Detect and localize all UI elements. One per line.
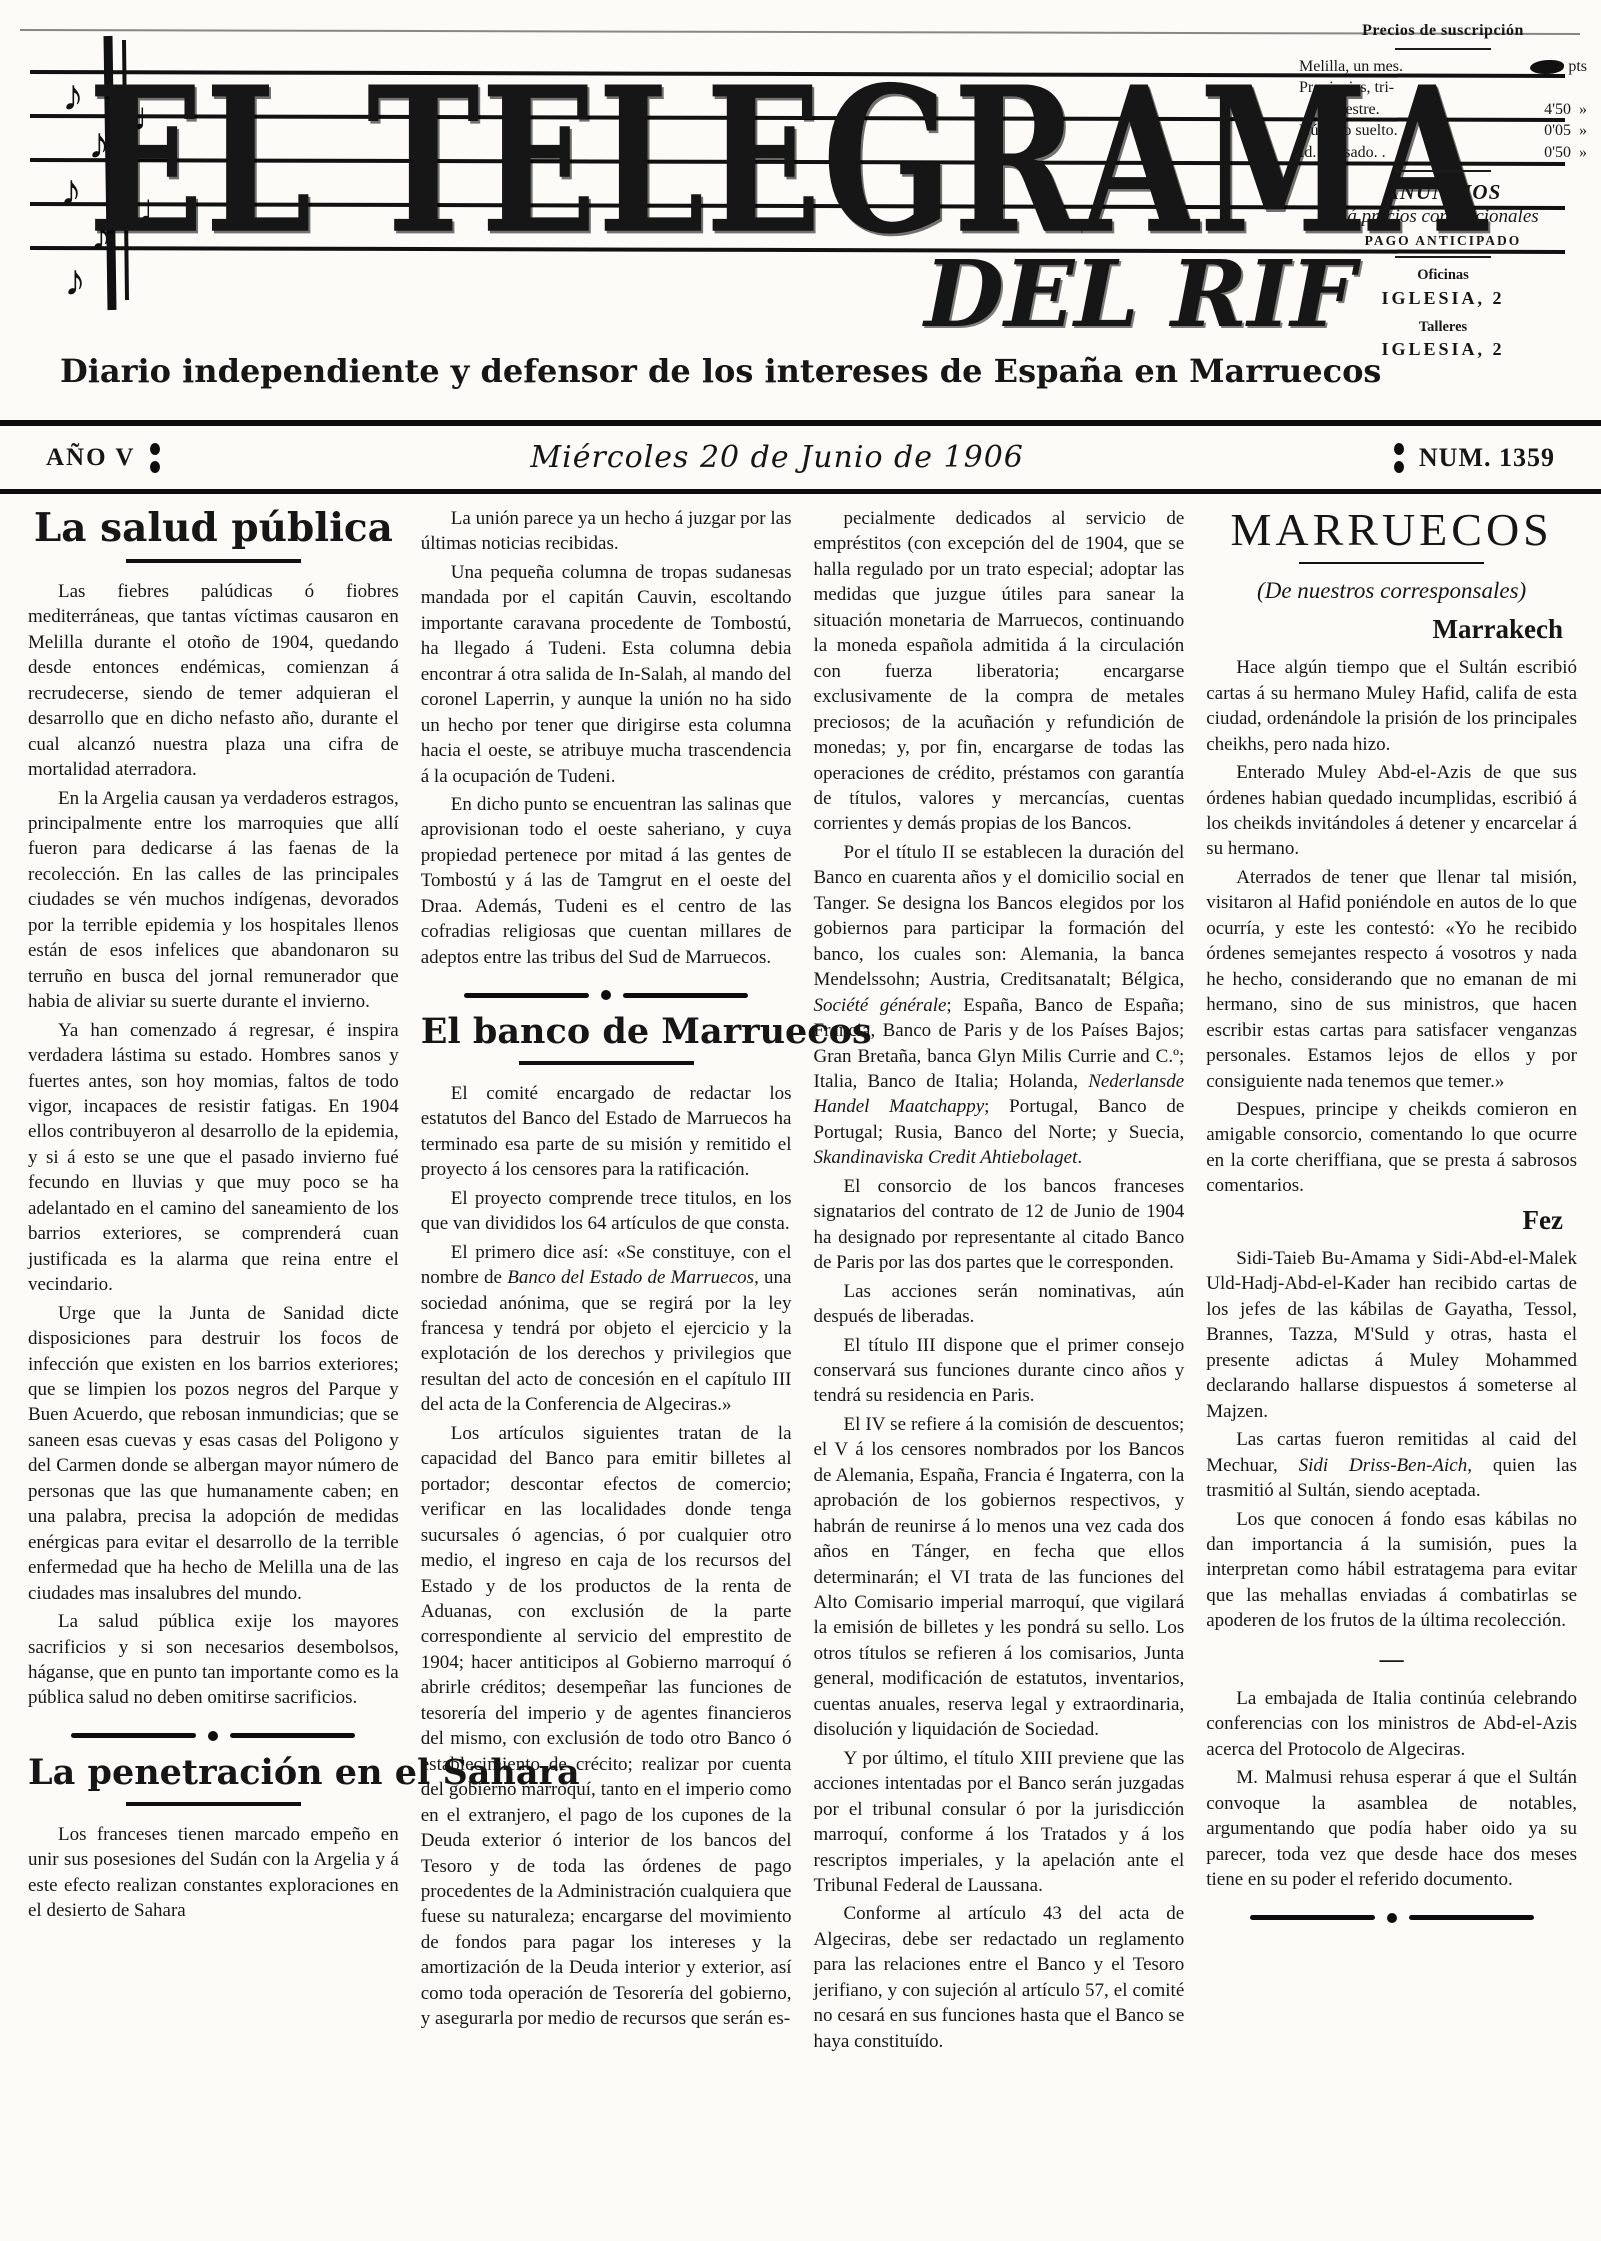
- paragraph: Y por último, el título XIII previene qu…: [814, 1746, 1185, 1899]
- paragraph: Una pequeña columna de tropas sudanesas …: [421, 560, 792, 789]
- year-label: AÑO V: [46, 444, 135, 472]
- column-1: La salud públicaLas fiebres palúdicas ó …: [28, 506, 399, 2241]
- subhead-marrakech: Marrakech: [1206, 611, 1577, 647]
- paragraph: pecialmente dedicados al servicio de emp…: [814, 506, 1185, 837]
- paragraph: Las fiebres palúdicas ó fiobres mediterr…: [28, 579, 399, 783]
- byline-corresponsales: (De nuestros corresponsales): [1206, 576, 1577, 607]
- ornament-mark: [149, 443, 161, 473]
- paragraph: El IV se refiere á la comisión de descue…: [814, 1412, 1185, 1743]
- divider-rule: [1395, 170, 1491, 172]
- ornament-dot: [208, 1731, 218, 1741]
- price-label: Melilla, un mes.: [1299, 56, 1403, 78]
- issue-number: NUM. 1359: [1419, 443, 1555, 473]
- subhead-fez: Fez: [1206, 1202, 1577, 1238]
- paragraph: Por el título II se establecen la duraci…: [814, 840, 1185, 1171]
- column-4: MARRUECOS(De nuestros corresponsales)Mar…: [1206, 506, 1577, 2241]
- paragraph: Los artículos siguientes tratan de la ca…: [421, 1421, 792, 2032]
- paragraph: En la Argelia causan ya verdaderos estra…: [28, 786, 399, 1015]
- paragraph: Los franceses tienen marcado empeño en u…: [28, 1822, 399, 1924]
- paragraph: Los que conocen á fondo esas kábilas no …: [1206, 1507, 1577, 1634]
- headline-el-banco: El banco de Marruecos: [421, 1014, 792, 1065]
- paragraph: La embajada de Italia continúa celebrand…: [1206, 1686, 1577, 1762]
- subscription-line-melilla: Melilla, un mes. pts: [1293, 56, 1593, 78]
- paragraph: En dicho punto se encuentran las salinas…: [421, 792, 792, 970]
- svg-text:♪: ♪: [60, 166, 82, 215]
- divider-rule: [1395, 48, 1491, 50]
- anuncios-text: á precios convencionales: [1328, 206, 1558, 228]
- subscription-box: Precios de suscripción Melilla, un mes. …: [1293, 20, 1593, 362]
- price-unit: pts: [1568, 58, 1587, 75]
- paragraph: Despues, principe y cheikds comieron en …: [1206, 1097, 1577, 1199]
- paragraph: Las acciones serán nominativas, aún desp…: [814, 1279, 1185, 1330]
- dateline: AÑO V Miércoles 20 de Junio de 1906 NUM.…: [0, 420, 1601, 494]
- paragraph: Urge que la Junta de Sanidad dicte dispo…: [28, 1301, 399, 1606]
- heading-rule: [126, 1802, 301, 1806]
- ornament-mark: [1393, 443, 1405, 473]
- talleres-address: IGLESIA, 2: [1293, 337, 1593, 361]
- heading-rule: [1299, 562, 1484, 564]
- article-divider-ornament: [28, 1731, 399, 1741]
- price-value: pts: [1526, 56, 1587, 78]
- headline-la-penetracion: La penetración en el Sahara: [28, 1755, 399, 1806]
- paragraph: La unión parece ya un hecho á juzgar por…: [421, 506, 792, 557]
- svg-text:♪: ♪: [64, 256, 86, 305]
- pago-note: PAGO ANTICIPADO: [1293, 232, 1593, 250]
- heading-rule: [126, 559, 301, 563]
- paragraph: Aterrados de tener que llenar tal misión…: [1206, 865, 1577, 1094]
- article-divider-ornament: [1206, 1913, 1577, 1923]
- subscription-line-provincias: Provincias, tri-: [1293, 77, 1593, 99]
- paragraph: El primero dice así: «Se constituye, con…: [421, 1240, 792, 1418]
- paragraph: M. Malmusi rehusa esperar á que el Sultá…: [1206, 1765, 1577, 1892]
- ornament-dot: [1387, 1913, 1397, 1923]
- price-label: Id. atrasado. .: [1299, 142, 1386, 164]
- price-value: 0'50 »: [1544, 142, 1587, 164]
- subscription-line-suelto: Número suelto. 0'05 »: [1293, 120, 1593, 142]
- paragraph: Enterado Muley Abd-el-Azis de que sus ór…: [1206, 760, 1577, 862]
- divider-rule: [1395, 256, 1491, 258]
- headline-marruecos: MARRUECOS: [1206, 506, 1577, 564]
- paragraph: El proyecto comprende trece titulos, en …: [421, 1186, 792, 1237]
- article-divider-ornament: [421, 990, 792, 1000]
- oficinas-label: Oficinas: [1293, 266, 1593, 286]
- issue-date: Miércoles 20 de Junio de 1906: [175, 440, 1378, 475]
- talleres-label: Talleres: [1293, 318, 1593, 338]
- paragraph: El título III dispone que el primer cons…: [814, 1333, 1185, 1409]
- subscription-heading: Precios de suscripción: [1293, 20, 1593, 42]
- ornament-bar: [71, 1733, 196, 1738]
- ornament-bar: [623, 993, 748, 998]
- paragraph: Hace algún tiempo que el Sultán escribió…: [1206, 655, 1577, 757]
- price-value: 0'05 »: [1544, 120, 1587, 142]
- headline-la-salud-publica: La salud pública: [28, 508, 399, 563]
- ink-blot: [1530, 60, 1564, 74]
- paragraph: El consorcio de los bancos franceses sig…: [814, 1174, 1185, 1276]
- oficinas-address: IGLESIA, 2: [1293, 286, 1593, 310]
- body-columns: La salud públicaLas fiebres palúdicas ó …: [28, 506, 1577, 2241]
- subscription-line-trimestre: mestre. 4'50 »: [1293, 99, 1593, 121]
- column-3: pecialmente dedicados al servicio de emp…: [814, 506, 1185, 2241]
- ornament-dot: [601, 990, 611, 1000]
- ornament-bar: [1409, 1915, 1534, 1920]
- price-label: Provincias, tri-: [1299, 77, 1394, 99]
- price-label: mestre.: [1299, 99, 1380, 121]
- paragraph: Conforme al artículo 43 del acta de Alge…: [814, 1901, 1185, 2054]
- small-dash-divider: —: [1206, 1644, 1577, 1676]
- paragraph: La salud pública exije los mayores sacri…: [28, 1609, 399, 1711]
- svg-text:♪: ♪: [62, 71, 84, 120]
- paragraph: El comité encargado de redactar los esta…: [421, 1081, 792, 1183]
- paragraph: Ya han comenzado á regresar, é inspira v…: [28, 1018, 399, 1298]
- price-label: Número suelto.: [1299, 120, 1398, 142]
- heading-rule: [519, 1061, 694, 1065]
- paragraph: Las cartas fueron remitidas al caid del …: [1206, 1427, 1577, 1503]
- column-2: La unión parece ya un hecho á juzgar por…: [421, 506, 792, 2241]
- ornament-bar: [1250, 1915, 1375, 1920]
- ornament-bar: [230, 1733, 355, 1738]
- price-value: 4'50 »: [1544, 99, 1587, 121]
- ornament-bar: [464, 993, 589, 998]
- paragraph: Sidi-Taieb Bu-Amama y Sidi-Abd-el-Malek …: [1206, 1246, 1577, 1424]
- newspaper-page: ♪ ♪ ♪ ♪ ♪ ♩ ♩ EL TELEGRAMA DEL RIF Diari…: [0, 0, 1601, 2241]
- anuncios-heading: ANUNCIOS: [1293, 178, 1593, 206]
- masthead-subtitle: Diario independiente y defensor de los i…: [60, 352, 1300, 390]
- subscription-line-atrasado: Id. atrasado. . 0'50 »: [1293, 142, 1593, 164]
